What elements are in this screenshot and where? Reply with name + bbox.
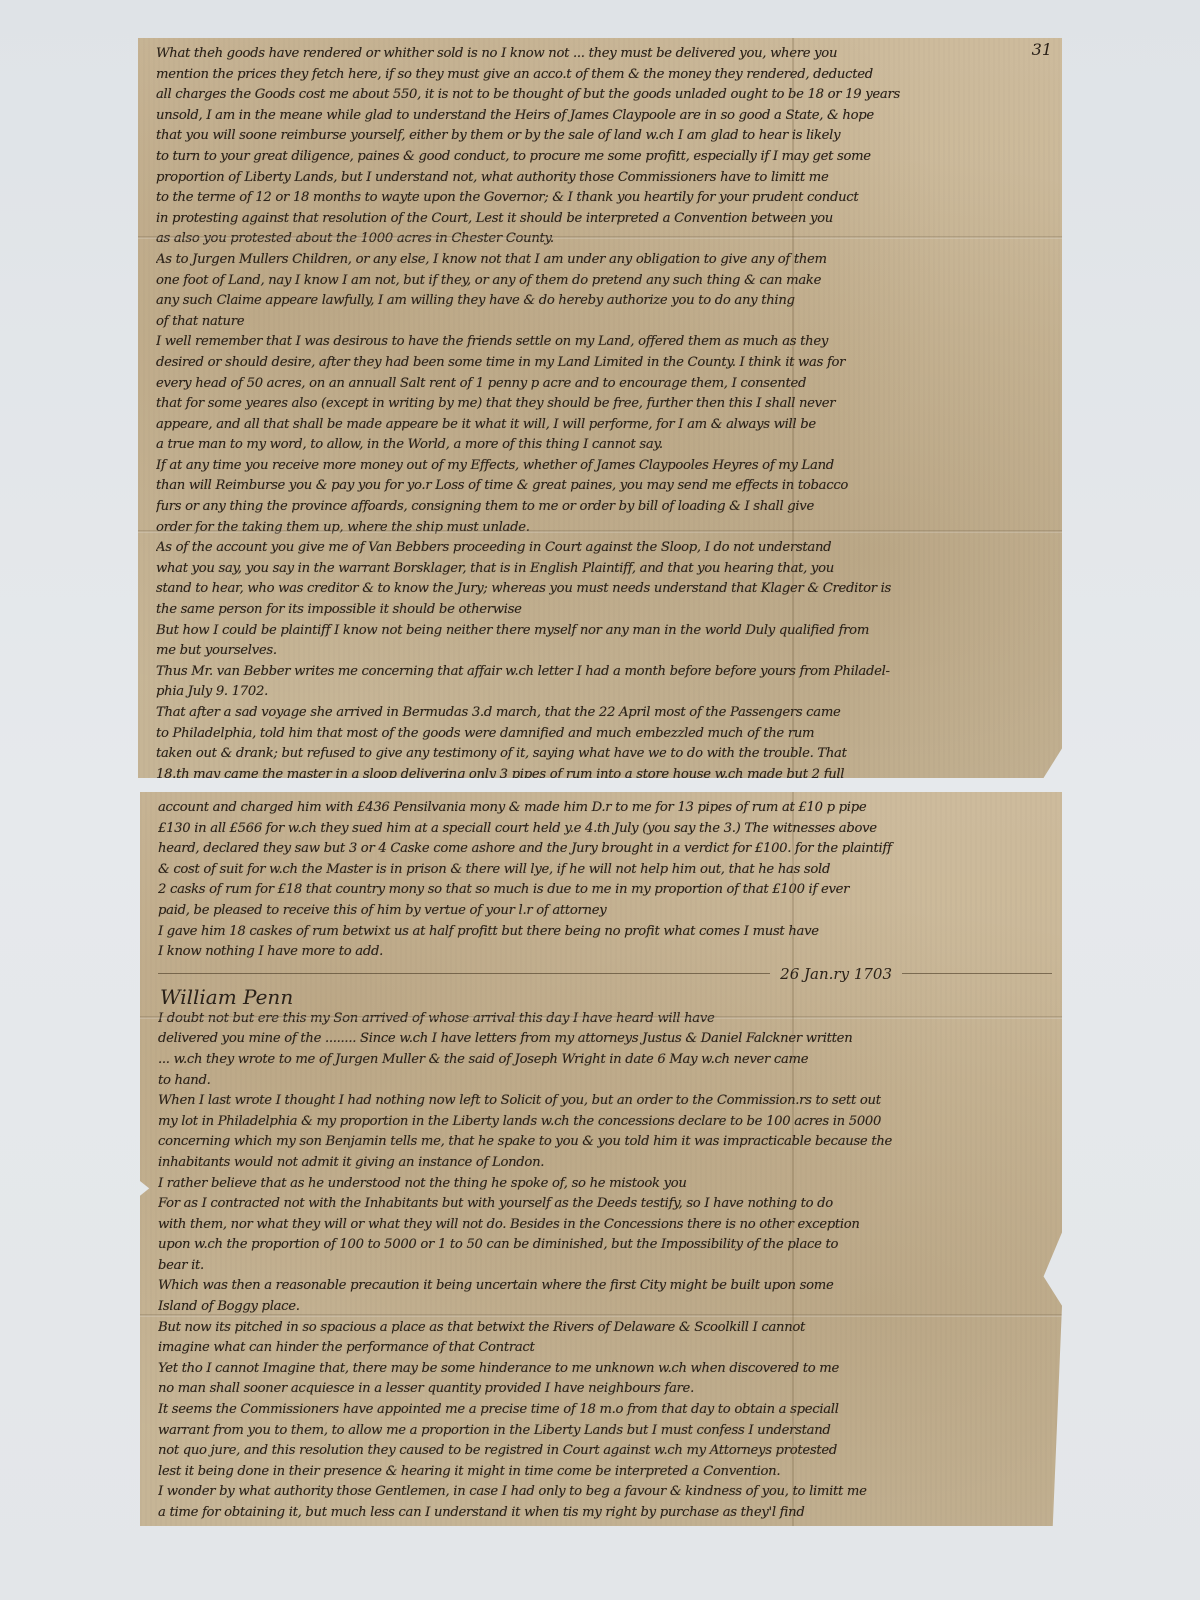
manuscript-line: 18.th may came the master in a sloop del…	[156, 765, 1052, 786]
manuscript-line: When I last wrote I thought I had nothin…	[158, 1091, 1052, 1112]
manuscript-line: in protesting against that resolution of…	[156, 209, 1052, 230]
letter-date: 26 Jan.ry 1703	[780, 965, 892, 983]
manuscript-line: concerning which my son Benjamin tells m…	[158, 1132, 1052, 1153]
manuscript-line: 2 casks of rum for £18 that country mony…	[158, 880, 1052, 901]
manuscript-line: of that nature	[156, 312, 1052, 333]
manuscript-line: all charges the Goods cost me about 550,…	[156, 85, 1052, 106]
manuscript-sheet-bottom: account and charged him with £436 Pensil…	[140, 792, 1062, 1526]
horizontal-fold-crease	[138, 236, 1062, 239]
manuscript-line: As to Jurgen Mullers Children, or any el…	[156, 250, 1052, 271]
manuscript-line: every head of 50 acres, on an annuall Sa…	[156, 374, 1052, 395]
horizontal-fold-crease	[140, 1314, 1062, 1317]
manuscript-line: a time for obtaining it, but much less c…	[158, 1503, 1052, 1524]
manuscript-line: as also you protested about the 1000 acr…	[156, 229, 1052, 250]
manuscript-line: delivered you mine of the ........ Since…	[158, 1029, 1052, 1050]
manuscript-line: For as I contracted not with the Inhabit…	[158, 1194, 1052, 1215]
manuscript-line: Mean while there is surveyed and admeasu…	[158, 1544, 1052, 1565]
horizontal-fold-crease	[140, 1016, 1062, 1019]
manuscript-line: warrant from you to them, to allow me a …	[158, 1421, 1052, 1442]
manuscript-line: But how I could be plaintiff I know not …	[156, 621, 1052, 642]
manuscript-line: to turn to your great diligence, paines …	[156, 147, 1052, 168]
manuscript-line: Yet tho I cannot Imagine that, there may…	[158, 1359, 1052, 1380]
vertical-fold-crease	[792, 38, 794, 778]
manuscript-line: Thus Mr. van Bebber writes me concerning…	[156, 662, 1052, 683]
manuscript-line: to the terme of 12 or 18 months to wayte…	[156, 188, 1052, 209]
vertical-fold-crease	[792, 792, 794, 1526]
manuscript-line: any such Claime appeare lawfully, I am w…	[156, 291, 1052, 312]
horizontal-fold-crease	[138, 530, 1062, 533]
page-number: 31	[1032, 40, 1052, 59]
manuscript-sheet-top: 31 What theh goods have rendered or whit…	[138, 38, 1062, 778]
manuscript-line: to hand.	[158, 1071, 1052, 1092]
manuscript-line: County of Philadelphia 1000 acres in the…	[158, 1565, 1052, 1586]
manuscript-line: that for some yeares also (except in wri…	[156, 394, 1052, 415]
manuscript-line: no man shall sooner acquiesce in a lesse…	[158, 1379, 1052, 1400]
manuscript-line: proportion of Liberty Lands, but I under…	[156, 168, 1052, 189]
manuscript-line: a true man to my word, to allow, in the …	[156, 435, 1052, 456]
manuscript-line: one foot of Land, nay I know I am not, b…	[156, 271, 1052, 292]
manuscript-line: not quo jure, and this resolution they c…	[158, 1441, 1052, 1462]
manuscript-line: £130 in all £566 for w.ch they sued him …	[158, 819, 1052, 840]
manuscript-line: taken out & drank; but refused to give a…	[156, 744, 1052, 765]
manuscript-line: bear it.	[158, 1256, 1052, 1277]
manuscript-line: with them, nor what they will or what th…	[158, 1215, 1052, 1236]
manuscript-line: & cost of suit for w.ch the Master is in…	[158, 860, 1052, 881]
manuscript-line: desired or should desire, after they had…	[156, 353, 1052, 374]
manuscript-line: to Philadelphia, told him that most of t…	[156, 724, 1052, 745]
manuscript-line: my lot in Philadelphia & my proportion i…	[158, 1112, 1052, 1133]
manuscript-line: what you say, you say in the warrant Bor…	[156, 559, 1052, 580]
manuscript-line: imagine what can hinder the performance …	[158, 1338, 1052, 1359]
manuscript-line: phia July 9. 1702.	[156, 682, 1052, 703]
rule-divider	[902, 973, 1052, 974]
manuscript-line: mention the prices they fetch here, if s…	[156, 65, 1052, 86]
manuscript-line: heard, declared they saw but 3 or 4 Cask…	[158, 839, 1052, 860]
manuscript-line: upon w.ch the proportion of 100 to 5000 …	[158, 1235, 1052, 1256]
top-sheet-text: What theh goods have rendered or whither…	[156, 44, 1052, 827]
manuscript-line: inhabitants would not admit it giving an…	[158, 1153, 1052, 1174]
manuscript-line: It seems the Commissioners have appointe…	[158, 1400, 1052, 1421]
manuscript-line: stand to hear, who was creditor & to kno…	[156, 579, 1052, 600]
manuscript-line: I know nothing I have more to add.	[158, 942, 1052, 963]
manuscript-line: I wonder by what authority those Gentlem…	[158, 1482, 1052, 1503]
manuscript-line: ... w.ch they wrote to me of Jurgen Mull…	[158, 1050, 1052, 1071]
recipient-salutation: William Penn	[160, 985, 1052, 1009]
manuscript-line: the same person for its impossible it sh…	[156, 600, 1052, 621]
date-line: 26 Jan.ry 1703	[158, 965, 1052, 983]
manuscript-line: paid, be pleased to receive this of him …	[158, 901, 1052, 922]
manuscript-line: I rather believe that as he understood n…	[158, 1174, 1052, 1195]
manuscript-line: lest it being done in their presence & h…	[158, 1462, 1052, 1483]
manuscript-line: order for the taking them up, where the …	[156, 518, 1052, 539]
manuscript-line: Which was then a reasonable precaution i…	[158, 1276, 1052, 1297]
manuscript-line: I gave him 18 caskes of rum betwixt us a…	[158, 922, 1052, 943]
manuscript-line: I well remember that I was desirous to h…	[156, 332, 1052, 353]
manuscript-line: appeare, and all that shall be made appe…	[156, 415, 1052, 436]
manuscript-line: in comparing the Deed of Release with th…	[158, 1524, 1052, 1545]
manuscript-line: furs or any thing the province affoards,…	[156, 497, 1052, 518]
bottom-sheet-text-after-salutation: I doubt not but ere this my Son arrived …	[158, 1009, 1052, 1586]
manuscript-line: unsold, I am in the meane while glad to …	[156, 106, 1052, 127]
manuscript-line: I doubt not but ere this my Son arrived …	[158, 1009, 1052, 1030]
manuscript-line: If at any time you receive more money ou…	[156, 456, 1052, 477]
manuscript-line: account and charged him with £436 Pensil…	[158, 798, 1052, 819]
manuscript-line: than will Reimburse you & pay you for yo…	[156, 476, 1052, 497]
manuscript-line: me but yourselves.	[156, 641, 1052, 662]
rule-divider	[158, 973, 770, 974]
bottom-sheet-text-before-date: account and charged him with £436 Pensil…	[158, 798, 1052, 963]
manuscript-line: that you will soone reimburse yourself, …	[156, 126, 1052, 147]
manuscript-line: As of the account you give me of Van Beb…	[156, 538, 1052, 559]
manuscript-line: What theh goods have rendered or whither…	[156, 44, 1052, 65]
manuscript-line: But now its pitched in so spacious a pla…	[158, 1318, 1052, 1339]
manuscript-line: That after a sad voyage she arrived in B…	[156, 703, 1052, 724]
